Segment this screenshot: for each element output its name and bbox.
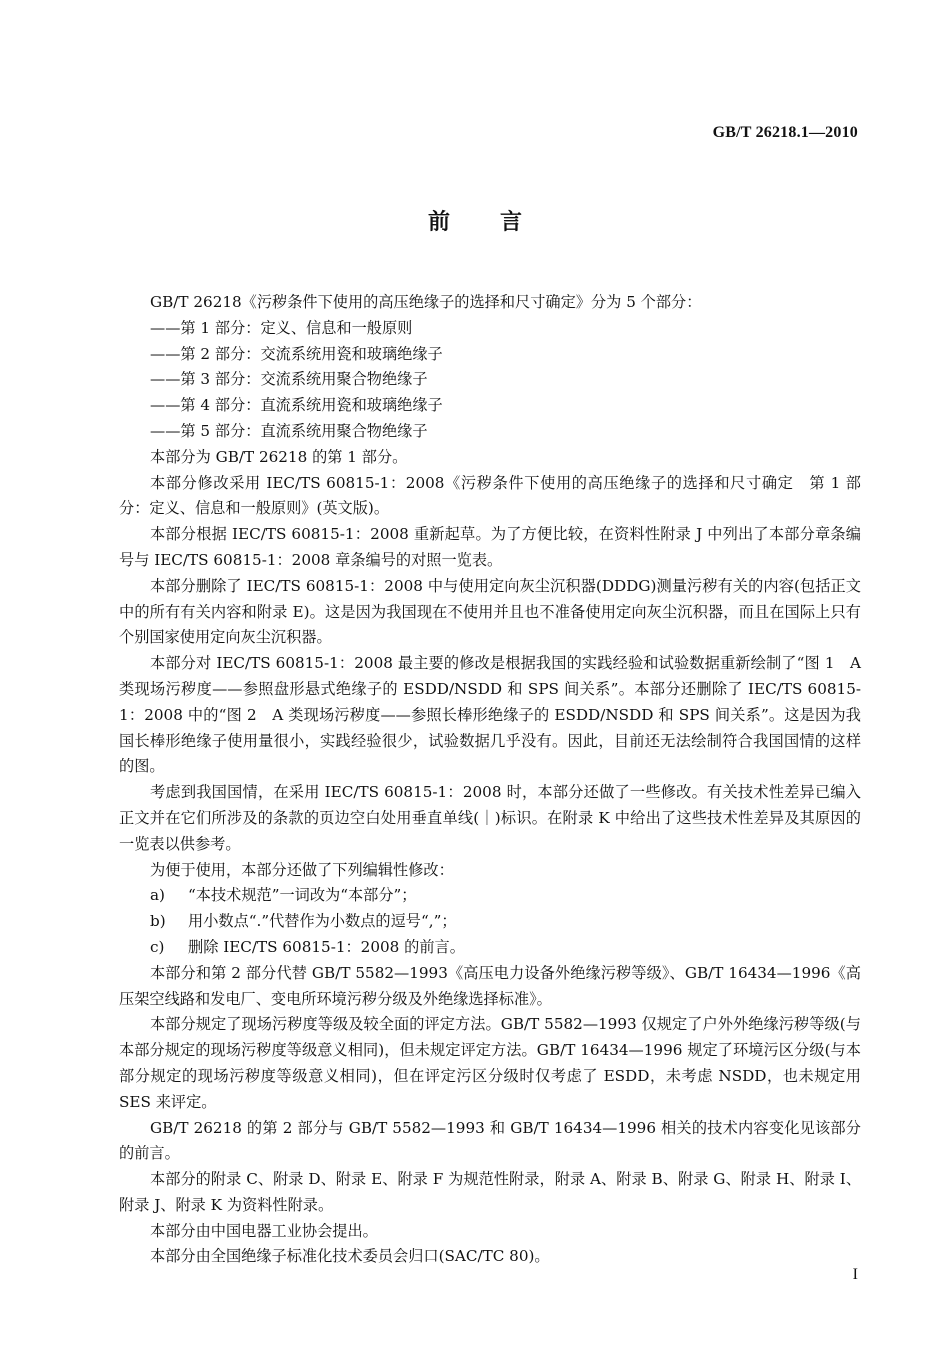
paragraph: 本部分由全国绝缘子标准化技术委员会归口(SAC/TC 80)。 <box>119 1244 861 1270</box>
edit-list-item: c)删除 IEC/TS 60815-1：2008 的前言。 <box>119 935 861 961</box>
edit-list-item: a)“本技术规范”一词改为“本部分”； <box>119 883 861 909</box>
part-list-item: ——第 4 部分：直流系统用瓷和玻璃绝缘子 <box>119 393 861 419</box>
page-title: 前言 <box>0 205 950 236</box>
paragraph: GB/T 26218 的第 2 部分与 GB/T 5582—1993 和 GB/… <box>119 1116 861 1168</box>
paragraph: 本部分和第 2 部分代替 GB/T 5582—1993《高压电力设备外绝缘污秽等… <box>119 961 861 1013</box>
paragraph: 本部分修改采用 IEC/TS 60815-1：2008《污秽条件下使用的高压绝缘… <box>119 471 861 523</box>
paragraph: 本部分规定了现场污秽度等级及较全面的评定方法。GB/T 5582—1993 仅规… <box>119 1012 861 1115</box>
edit-item-text: “本技术规范”一词改为“本部分”； <box>188 886 417 904</box>
part-list-item: ——第 5 部分：直流系统用聚合物绝缘子 <box>119 419 861 445</box>
paragraph: 本部分根据 IEC/TS 60815-1：2008 重新起草。为了方便比较，在资… <box>119 522 861 574</box>
paragraph: 考虑到我国国情，在采用 IEC/TS 60815-1：2008 时，本部分还做了… <box>119 780 861 857</box>
part-list-item: ——第 1 部分：定义、信息和一般原则 <box>119 316 861 342</box>
paragraph: 本部分由中国电器工业协会提出。 <box>119 1219 861 1245</box>
intro-paragraph: GB/T 26218《污秽条件下使用的高压绝缘子的选择和尺寸确定》分为 5 个部… <box>119 290 861 316</box>
part-list-item: ——第 3 部分：交流系统用聚合物绝缘子 <box>119 367 861 393</box>
edit-item-text: 删除 IEC/TS 60815-1：2008 的前言。 <box>188 938 465 956</box>
page-number: I <box>853 1266 858 1284</box>
standard-code: GB/T 26218.1—2010 <box>713 124 858 142</box>
document-body: GB/T 26218《污秽条件下使用的高压绝缘子的选择和尺寸确定》分为 5 个部… <box>119 290 861 1270</box>
paragraph: 本部分对 IEC/TS 60815-1：2008 最主要的修改是根据我国的实践经… <box>119 651 861 780</box>
edit-item-label: c) <box>150 935 188 961</box>
edit-item-text: 用小数点“.”代替作为小数点的逗号“,”； <box>188 912 457 930</box>
paragraph: 为便于使用，本部分还做了下列编辑性修改： <box>119 858 861 884</box>
paragraph: 本部分为 GB/T 26218 的第 1 部分。 <box>119 445 861 471</box>
edit-list-item: b)用小数点“.”代替作为小数点的逗号“,”； <box>119 909 861 935</box>
edit-item-label: b) <box>150 909 188 935</box>
edit-item-label: a) <box>150 883 188 909</box>
paragraph: 本部分删除了 IEC/TS 60815-1：2008 中与使用定向灰尘沉积器(D… <box>119 574 861 651</box>
paragraph: 本部分的附录 C、附录 D、附录 E、附录 F 为规范性附录，附录 A、附录 B… <box>119 1167 861 1219</box>
part-list-item: ——第 2 部分：交流系统用瓷和玻璃绝缘子 <box>119 342 861 368</box>
